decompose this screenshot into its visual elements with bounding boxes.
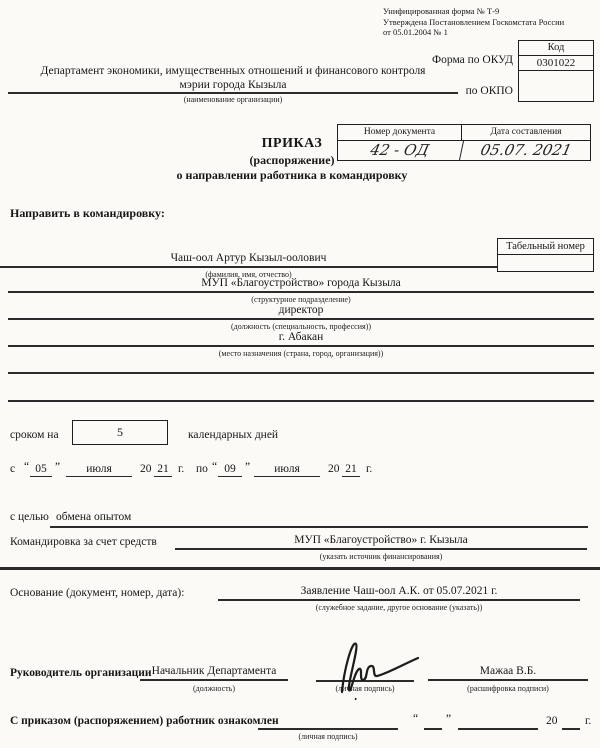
period-from-year-mark: г. [178, 462, 184, 476]
signature-mark [330, 636, 422, 700]
approval-name: Мажаа В.Б. [428, 664, 588, 681]
approval-position: Начальник Департамента [140, 664, 288, 681]
department-field: МУП «Благоустройство» города Кызыла [8, 276, 594, 293]
basis-label: Основание (документ, номер, дата): [10, 586, 184, 600]
acknowledgment-open-quote: “ [413, 712, 418, 726]
blank-line-2 [8, 400, 594, 402]
period-from-open-quote: “ [24, 460, 29, 474]
basis-value: Заявление Чаш-оол А.К. от 05.07.2021 г. [218, 584, 580, 601]
form-note-line2: Утверждена Постановлением Госкомстата Ро… [383, 17, 564, 28]
period-to-close-quote: ” [245, 460, 250, 474]
period-to-year: 21 [342, 462, 360, 477]
purpose-value: обмена опытом [56, 510, 131, 524]
funding-label: Командировка за счет средств [10, 535, 157, 549]
acknowledgment-signature-caption: (личная подпись) [258, 732, 398, 742]
organization-name-line1: Департамент экономики, имущественных отн… [8, 64, 458, 78]
acknowledgment-month-line [458, 728, 538, 730]
period-from-century: 20 [140, 462, 152, 476]
code-table: Код 0301022 [518, 40, 594, 102]
acknowledgment-label: С приказом (распоряжением) работник озна… [10, 714, 279, 728]
directive-label: Направить в командировку: [10, 206, 165, 220]
period-to-year-mark: г. [366, 462, 372, 476]
organization-name: Департамент экономики, имущественных отн… [8, 64, 458, 94]
destination-field: г. Абакан [8, 330, 594, 347]
acknowledgment-year-mark: г. [585, 714, 591, 728]
acknowledgment-close-quote: ” [446, 712, 451, 726]
section-divider-line [0, 567, 600, 570]
period-to-label: по [196, 462, 208, 476]
period-to-century: 20 [328, 462, 340, 476]
okud-code-cell: 0301022 [519, 56, 593, 71]
period-to-month: июля [254, 462, 320, 477]
period-from-year: 21 [154, 462, 172, 477]
duration-label: сроком на [10, 428, 59, 442]
form-note-line1: Унифицированная форма № Т-9 [383, 6, 499, 17]
acknowledgment-signature-line [258, 728, 398, 730]
employee-name: Чаш-оол Артур Кызыл-оолович [0, 251, 497, 268]
doc-title-sub: (распоряжение) [0, 153, 584, 167]
funding-caption: (указать источник финансирования) [175, 552, 587, 562]
duration-suffix: календарных дней [188, 428, 278, 442]
period-from-label: с [10, 462, 15, 476]
order-form-page: Унифицированная форма № Т-9 Утверждена П… [0, 0, 600, 748]
purpose-line [50, 526, 588, 528]
purpose-label: с целью [10, 510, 49, 524]
okpo-code-cell [519, 71, 593, 99]
period-from-day: 05 [30, 462, 52, 477]
period-from-month: июля [66, 462, 132, 477]
doc-title-subject: о направлении работника в командировку [0, 168, 584, 182]
duration-days-box: 5 [72, 420, 168, 445]
basis-caption: (служебное задание, другое основание (ук… [218, 603, 580, 613]
approval-label: Руководитель организации [10, 666, 152, 680]
funding-value: МУП «Благоустройство» г. Кызыла [175, 533, 587, 550]
period-from-close-quote: ” [55, 460, 60, 474]
personnel-number-box: Табельный номер [497, 238, 594, 272]
organization-name-line2: мэрии города Кызыла [8, 78, 458, 94]
approval-position-caption: (должность) [140, 684, 288, 694]
organization-caption: (наименование организации) [8, 95, 458, 105]
acknowledgment-year-line [562, 728, 580, 730]
personnel-number-label: Табельный номер [498, 239, 593, 255]
period-to-day: 09 [218, 462, 242, 477]
destination-caption: (место назначения (страна, город, органи… [8, 349, 594, 359]
acknowledgment-century: 20 [546, 714, 558, 728]
acknowledgment-day-line [424, 728, 442, 730]
blank-line-1 [8, 372, 594, 374]
doc-title: ПРИКАЗ [0, 137, 584, 151]
position-field: директор [8, 303, 594, 320]
form-note-line3: от 05.01.2004 № 1 [383, 27, 448, 38]
approval-name-caption: (расшифровка подписи) [428, 684, 588, 694]
period-to-open-quote: “ [212, 460, 217, 474]
personnel-number-value [498, 255, 593, 269]
code-header-cell: Код [519, 41, 593, 56]
